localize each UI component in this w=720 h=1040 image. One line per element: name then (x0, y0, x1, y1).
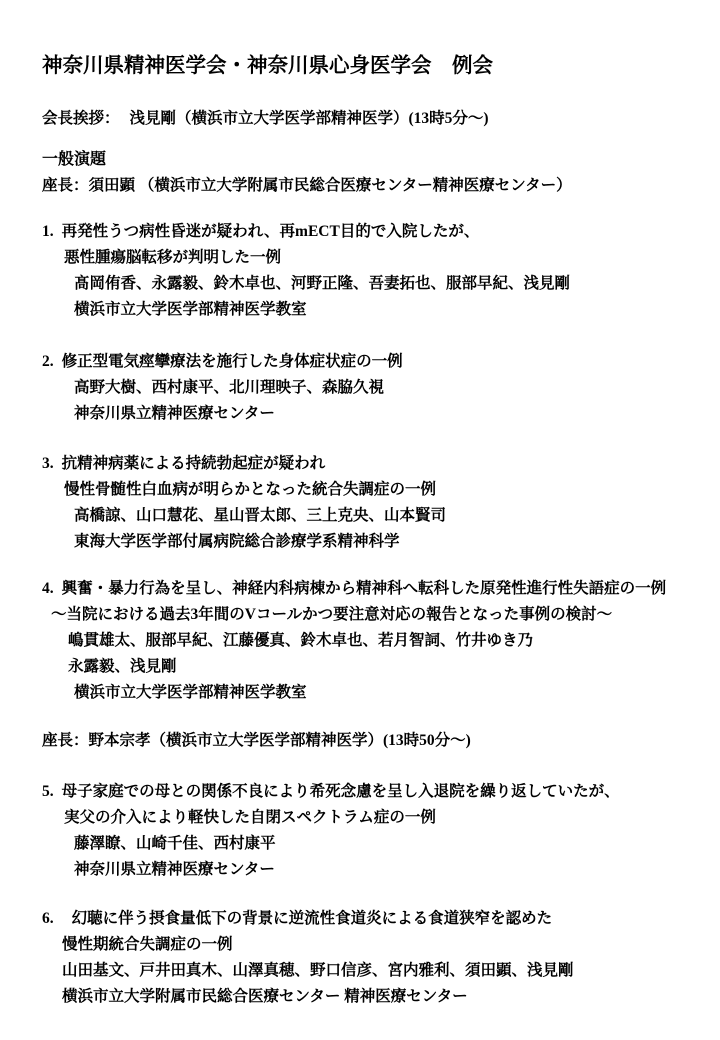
presentation-2-number: 2. (42, 349, 54, 375)
presentation-1: 1.再発性うつ病性昏迷が疑われ、再mECT目的で入院したが、 悪性腫瘍脳転移が判… (42, 219, 692, 323)
presentation-2-title-line-1: 2.修正型電気痙攣療法を施行した身体症状症の一例 (42, 349, 692, 375)
presentation-3-authors: 高橋諒、山口慧花、星山晋太郎、三上克央、山本賢司 (42, 503, 692, 529)
presentation-6-title-text: 幻聴に伴う摂食量低下の背景に逆流性食道炎による食道狭窄を認めた (72, 910, 553, 927)
presentation-2-authors: 高野大樹、西村康平、北川理映子、森脇久視 (42, 375, 692, 401)
page-title: 神奈川県精神医学会・神奈川県心身医学会 例会 (42, 53, 692, 79)
greeting-value: 浅見剛（横浜市立大学医学部精神医学）(13時5分～) (130, 110, 489, 127)
presentation-3-title-text: 抗精神病薬による持続勃起症が疑われ (62, 455, 326, 472)
presentation-2: 2.修正型電気痙攣療法を施行した身体症状症の一例 高野大樹、西村康平、北川理映子… (42, 349, 692, 427)
presentation-5-title-line-1: 5.母子家庭での母との関係不良により希死念慮を呈し入退院を繰り返していたが、 (42, 779, 692, 805)
conference-program-page: 神奈川県精神医学会・神奈川県心身医学会 例会 会長挨拶：浅見剛（横浜市立大学医学… (0, 0, 720, 1040)
presentation-1-title-line-2: 悪性腫瘍脳転移が判明した一例 (42, 245, 692, 271)
presentation-1-title-line-1: 1.再発性うつ病性昏迷が疑われ、再mECT目的で入院したが、 (42, 219, 692, 245)
presentation-3-title-line-1: 3.抗精神病薬による持続勃起症が疑われ (42, 451, 692, 477)
presentation-2-affiliation: 神奈川県立精神医療センター (42, 401, 692, 427)
presentation-5-authors: 藤澤瞭、山崎千佳、西村康平 (42, 831, 692, 857)
presentation-6-title-line-1: 6.幻聴に伴う摂食量低下の背景に逆流性食道炎による食道狭窄を認めた (42, 906, 692, 932)
section-heading-general-topics: 一般演題 (42, 147, 692, 173)
presentation-5-affiliation: 神奈川県立精神医療センター (42, 857, 692, 883)
presentation-1-title-text: 再発性うつ病性昏迷が疑われ、再mECT目的で入院したが、 (62, 223, 480, 240)
presentation-4-title-line-1: 4.興奮・暴力行為を呈し、神経内科病棟から精神科へ転科した原発性進行性失語症の一… (42, 576, 692, 602)
presentation-4-number: 4. (42, 576, 54, 602)
presentation-4-title-text: 興奮・暴力行為を呈し、神経内科病棟から精神科へ転科した原発性進行性失語症の一例 (62, 580, 667, 597)
presentation-1-authors: 髙岡侑香、永露毅、鈴木卓也、河野正隆、吾妻拓也、服部早紀、浅見剛 (42, 271, 692, 297)
presentation-5-title-text: 母子家庭での母との関係不良により希死念慮を呈し入退院を繰り返していたが、 (62, 783, 620, 800)
presentation-6-authors: 山田基文、戸井田真木、山澤真穂、野口信彦、宮内雅利、須田顕、浅見剛 (42, 958, 692, 984)
presentation-4-affiliation: 横浜市立大学医学部精神医学教室 (42, 680, 692, 706)
presentation-1-affiliation: 横浜市立大学医学部精神医学教室 (42, 297, 692, 323)
presentation-6-title-line-2: 慢性期統合失調症の一例 (42, 932, 692, 958)
presentation-2-title-text: 修正型電気痙攣療法を施行した身体症状症の一例 (62, 353, 403, 370)
presentation-4-authors-line-1: 嶋貫雄太、服部早紀、江藤優真、鈴木卓也、若月智詞、竹井ゆき乃 (42, 628, 692, 654)
presentation-3: 3.抗精神病薬による持続勃起症が疑われ 慢性骨髄性白血病が明らかとなった統合失調… (42, 451, 692, 555)
presentation-5: 5.母子家庭での母との関係不良により希死念慮を呈し入退院を繰り返していたが、 実… (42, 779, 692, 883)
chair-line-1: 座長：須田顕 （横浜市立大学附属市民総合医療センター精神医療センター） (42, 173, 692, 199)
presentation-6: 6.幻聴に伴う摂食量低下の背景に逆流性食道炎による食道狭窄を認めた 慢性期統合失… (42, 906, 692, 1010)
presentation-3-title-line-2: 慢性骨髄性白血病が明らかとなった統合失調症の一例 (42, 477, 692, 503)
presentation-6-number: 6. (42, 906, 54, 932)
presentation-3-number: 3. (42, 451, 54, 477)
presentation-4-authors-line-2: 永露毅、浅見剛 (42, 654, 692, 680)
chair-line-2: 座長：野本宗孝（横浜市立大学医学部精神医学）(13時50分～) (42, 728, 692, 754)
presentation-1-number: 1. (42, 219, 54, 245)
greeting-label: 会長挨拶： (42, 110, 120, 127)
presentation-5-number: 5. (42, 779, 54, 805)
president-greeting: 会長挨拶：浅見剛（横浜市立大学医学部精神医学）(13時5分～) (42, 106, 692, 132)
presentation-5-title-line-2: 実父の介入により軽快した自閉スペクトラム症の一例 (42, 805, 692, 831)
presentation-6-affiliation: 横浜市立大学附属市民総合医療センター 精神医療センター (42, 984, 692, 1010)
presentation-4-title-line-2: ～当院における過去3年間のVコールかつ要注意対応の報告となった事例の検討～ (42, 602, 692, 628)
presentation-3-affiliation: 東海大学医学部付属病院総合診療学系精神科学 (42, 529, 692, 555)
presentation-4: 4.興奮・暴力行為を呈し、神経内科病棟から精神科へ転科した原発性進行性失語症の一… (42, 576, 692, 706)
